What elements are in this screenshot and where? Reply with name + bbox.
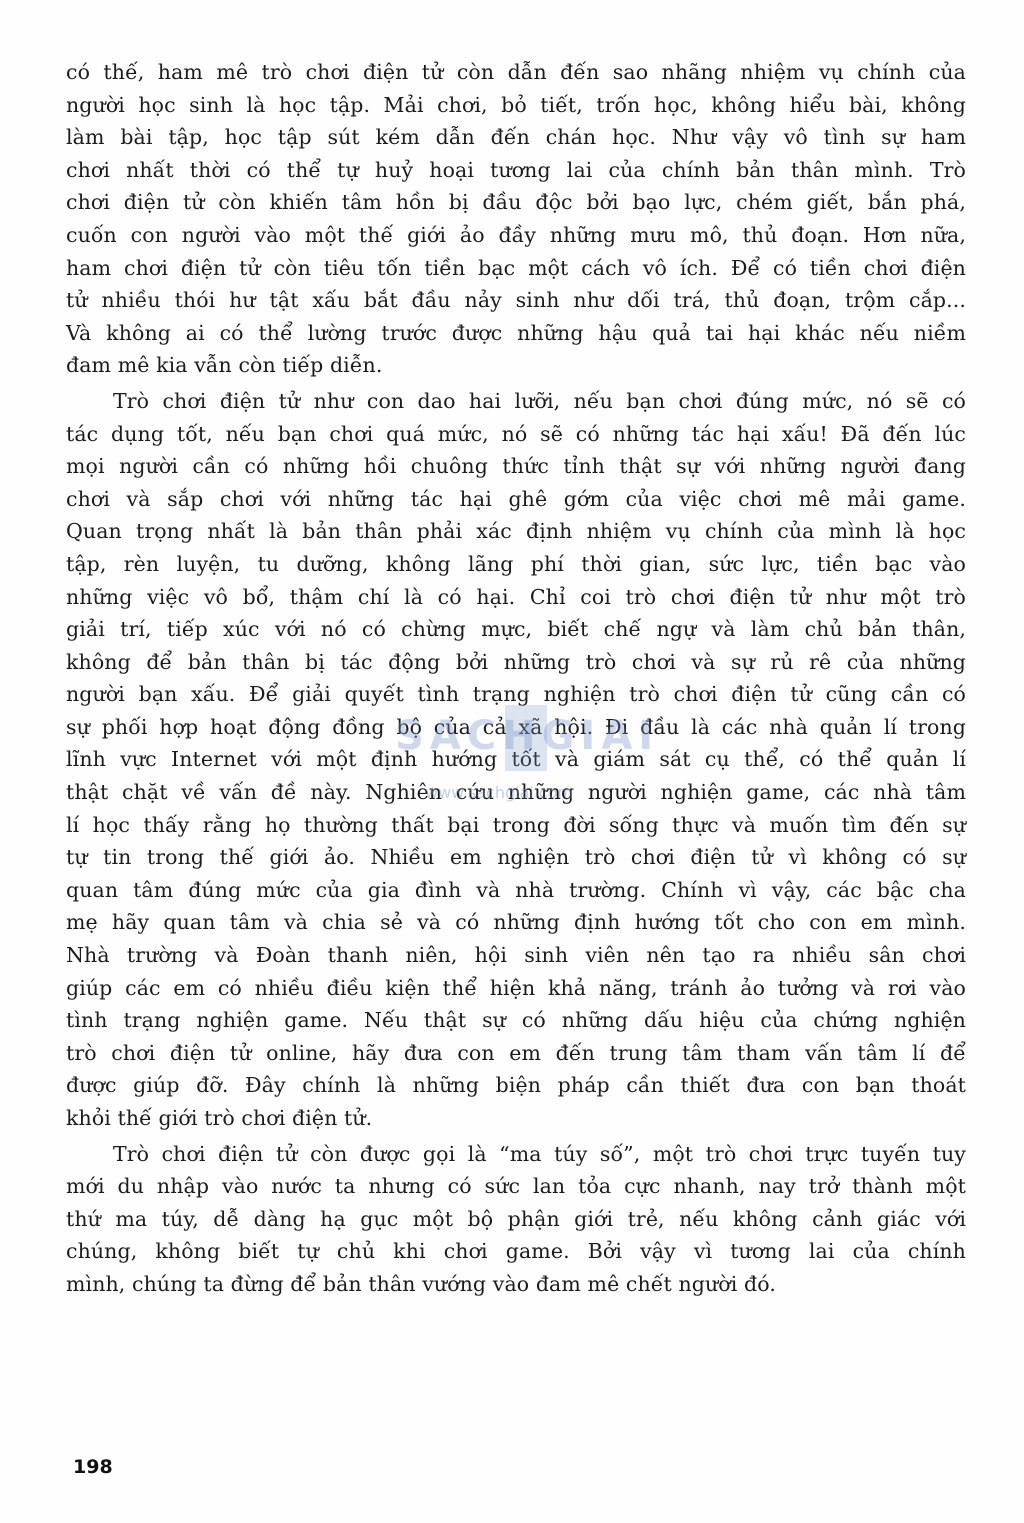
paragraph-1: có thế, ham mê trò chơi điện tử còn dẫn … [66,56,966,382]
text-line: Trò chơi điện tử như con dao hai lưỡi, n… [66,385,966,418]
text-line: Và không ai có thể lường trước được nhữn… [66,317,966,350]
book-page: có thế, ham mê trò chơi điện tử còn dẫn … [0,0,1024,1523]
text-line: tập, rèn luyện, tu dưỡng, không lãng phí… [66,548,966,581]
text-line: làm bài tập, học tập sút kém dẫn đến chá… [66,121,966,154]
text-line: đam mê kia vẫn còn tiếp diễn. [66,349,966,382]
text-line: không để bản thân bị tác động bởi những … [66,646,966,679]
text-line: chơi nhất thời có thể tự huỷ hoại tương … [66,154,966,187]
text-line: mình, chúng ta đừng để bản thân vướng và… [66,1268,966,1301]
paragraph-2: Trò chơi điện tử như con dao hai lưỡi, n… [66,385,966,1135]
text-line: lí học thấy rằng họ thường thất bại tron… [66,809,966,842]
page-number: 198 [73,1456,113,1478]
text-line: sự phối hợp hoạt động đồng bộ của cả xã … [66,711,966,744]
text-line: tự tin trong thế giới ảo. Nhiều em nghiệ… [66,841,966,874]
body-text: có thế, ham mê trò chơi điện tử còn dẫn … [66,56,966,1301]
paragraph-3: Trò chơi điện tử còn được gọi là “ma túy… [66,1138,966,1301]
text-line: chơi và sắp chơi với những tác hại ghê g… [66,483,966,516]
text-line: lĩnh vực Internet với một định hướng tốt… [66,743,966,776]
text-line: người bạn xấu. Để giải quyết tình trạng … [66,678,966,711]
text-line: tác dụng tốt, nếu bạn chơi quá mức, nó s… [66,418,966,451]
text-line: giải trí, tiếp xúc với nó có chừng mực, … [66,613,966,646]
text-line: mẹ hãy quan tâm và chia sẻ và có những đ… [66,906,966,939]
text-line: tình trạng nghiện game. Nếu thật sự có n… [66,1004,966,1037]
text-line: được giúp đỡ. Đây chính là những biện ph… [66,1069,966,1102]
text-line: trò chơi điện tử online, hãy đưa con em … [66,1037,966,1070]
text-line: những việc vô bổ, thậm chí là có hại. Ch… [66,581,966,614]
text-line: tử nhiều thói hư tật xấu bắt đầu nảy sin… [66,284,966,317]
text-line: chơi điện tử còn khiến tâm hồn bị đầu độ… [66,186,966,219]
text-line: khỏi thế giới trò chơi điện tử. [66,1102,966,1135]
text-line: Nhà trường và Đoàn thanh niên, hội sinh … [66,939,966,972]
text-line: quan tâm đúng mức của gia đình và nhà tr… [66,874,966,907]
text-line: có thế, ham mê trò chơi điện tử còn dẫn … [66,56,966,89]
text-line: giúp các em có nhiều điều kiện thể hiện … [66,972,966,1005]
text-line: mọi người cần có những hồi chuông thức t… [66,450,966,483]
text-line: thật chặt về vấn đề này. Nghiên cứu nhữn… [66,776,966,809]
text-line: ham chơi điện tử còn tiêu tốn tiền bạc m… [66,252,966,285]
text-line: cuốn con người vào một thế giới ảo đầy n… [66,219,966,252]
text-line: Trò chơi điện tử còn được gọi là “ma túy… [66,1138,966,1171]
text-line: Quan trọng nhất là bản thân phải xác địn… [66,515,966,548]
text-line: mới du nhập vào nước ta nhưng có sức lan… [66,1170,966,1203]
text-line: thứ ma túy, dễ dàng hạ gục một bộ phận g… [66,1203,966,1236]
text-line: người học sinh là học tập. Mải chơi, bỏ … [66,89,966,122]
text-line: chúng, không biết tự chủ khi chơi game. … [66,1235,966,1268]
